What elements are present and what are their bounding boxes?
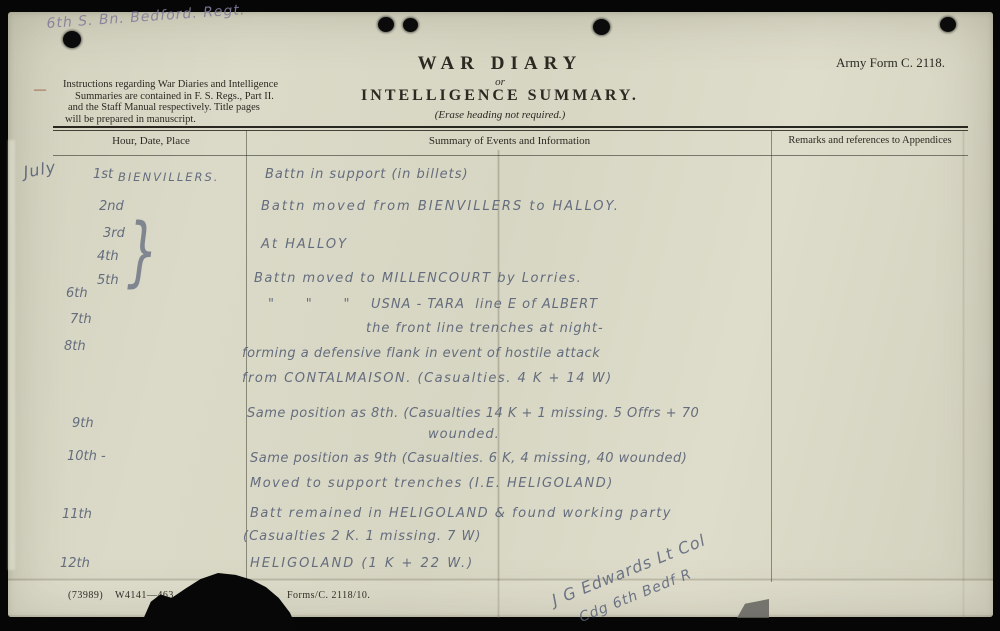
date-entry: 12th xyxy=(60,556,90,571)
table-header-bottom-rule xyxy=(53,155,968,156)
date-entry: 4th xyxy=(97,249,119,264)
paper-torn-edge xyxy=(8,140,15,570)
summary-entry: from CONTALMAISON. (Casualties. 4 K + 14… xyxy=(242,371,613,386)
summary-entry: HELIGOLAND (1 K + 22 W.) xyxy=(250,556,474,571)
form-title-2: INTELLIGENCE SUMMARY. xyxy=(300,87,700,105)
punch-hole xyxy=(63,31,81,48)
column-header-summary: Summary of Events and Information xyxy=(247,135,772,147)
date-entry: 7th xyxy=(70,312,92,327)
summary-entry: Battn moved from BIENVILLERS to HALLOY. xyxy=(261,199,620,214)
summary-entry: Batt remained in HELIGOLAND & found work… xyxy=(250,506,672,521)
summary-entry: wounded. xyxy=(428,427,500,442)
instructions-line: and the Staff Manual respectively. Title… xyxy=(63,102,313,114)
table-top-rule-2 xyxy=(53,130,968,131)
date-entry: 1st xyxy=(93,167,113,182)
date-entry: 6th xyxy=(66,286,88,301)
summary-entry: Same position as 9th (Casualties. 6 K, 4… xyxy=(250,451,687,466)
army-form-number: Army Form C. 2118. xyxy=(810,55,945,71)
table-top-rule xyxy=(53,126,968,128)
scanned-document: 6th S. Bn. Bedford. Regt. Army Form C. 2… xyxy=(0,0,1000,631)
footer-form-reference: Forms/C. 2118/10. xyxy=(287,590,370,601)
place-entry: BIENVILLERS. xyxy=(118,170,219,184)
date-entry: 2nd xyxy=(99,199,124,214)
punch-hole xyxy=(593,19,610,35)
instructions-line: will be prepared in manuscript. xyxy=(63,114,313,126)
instructions-dash-marker: — xyxy=(34,82,46,97)
punch-hole xyxy=(378,17,394,32)
date-entry: 3rd xyxy=(103,226,125,241)
summary-entry: At HALLOY xyxy=(261,237,348,252)
summary-entry: " " " USNA - TARA line E of ALBERT xyxy=(268,297,598,312)
instructions-block: Instructions regarding War Diaries and I… xyxy=(63,79,313,125)
summary-entry: Moved to support trenches (I.E. HELIGOLA… xyxy=(250,476,614,491)
instructions-line: Instructions regarding War Diaries and I… xyxy=(63,79,313,91)
column-separator xyxy=(771,130,772,582)
summary-entry: Same position as 8th. (Casualties 14 K +… xyxy=(247,406,699,421)
date-entry: 10th - xyxy=(67,449,106,464)
date-brace: } xyxy=(127,215,158,287)
paper-crease xyxy=(962,130,965,618)
instructions-line: Summaries are contained in F. S. Regs., … xyxy=(63,91,313,103)
column-header-hour-date-place: Hour, Date, Place xyxy=(55,135,247,147)
summary-entry: Battn moved to MILLENCOURT by Lorries. xyxy=(254,271,582,286)
punch-hole xyxy=(940,17,956,32)
date-entry: 11th xyxy=(62,507,92,522)
column-header-remarks: Remarks and references to Appendices xyxy=(772,135,968,146)
date-entry: 5th xyxy=(97,273,119,288)
summary-entry: forming a defensive flank in event of ho… xyxy=(242,346,600,361)
summary-entry: Battn in support (in billets) xyxy=(265,167,469,182)
form-title: WAR DIARY xyxy=(330,53,670,75)
date-entry: 8th xyxy=(64,339,86,354)
punch-hole xyxy=(403,18,418,32)
date-entry: 9th xyxy=(72,416,94,431)
summary-entry: the front line trenches at night- xyxy=(366,321,604,336)
form-subtitle: (Erase heading not required.) xyxy=(330,109,670,121)
summary-entry: (Casualties 2 K. 1 missing. 7 W) xyxy=(243,529,481,544)
